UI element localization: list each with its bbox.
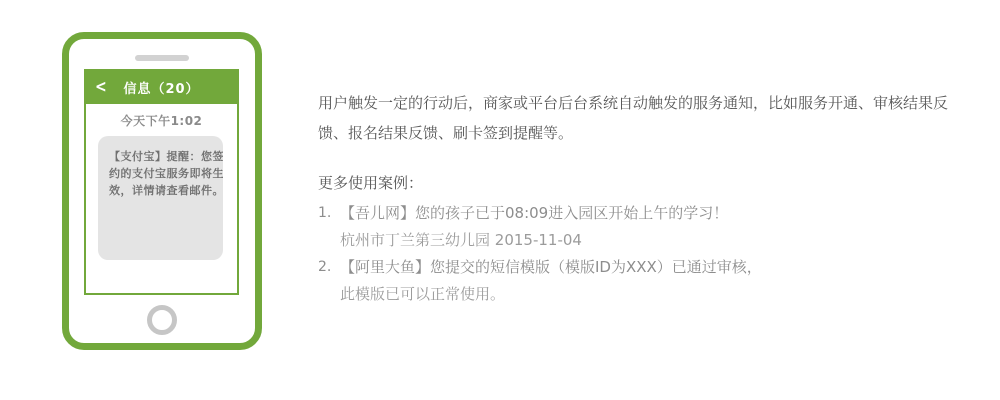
message-line: 效，详情请查看邮件。 (109, 182, 212, 199)
use-cases-heading: 更多使用案例： (318, 168, 978, 198)
intro-paragraph-line: 馈、报名结果反馈、刷卡签到提醒等。 (318, 118, 978, 148)
use-case-subline: 此模版已可以正常使用。 (340, 281, 762, 308)
message-line: 【支付宝】提醒：您签 (109, 148, 212, 165)
use-case-line: 【阿里大鱼】您提交的短信模版（模版ID为XXX）已通过审核， (340, 254, 762, 281)
use-case-subline: 杭州市丁兰第三幼儿园 2015-11-04 (340, 227, 728, 254)
message-line: 约的支付宝服务即将生 (109, 165, 212, 182)
home-button[interactable] (147, 305, 177, 335)
message-app-header: < 信息（20） (85, 70, 238, 104)
message-bubble: 【支付宝】提醒：您签 约的支付宝服务即将生 效，详情请查看邮件。 (98, 136, 223, 260)
use-case-list: 1. 【吾儿网】您的孩子已于08:09进入园区开始上午的学习！ 杭州市丁兰第三幼… (318, 200, 978, 308)
message-timestamp: 今天下午1:02 (86, 112, 237, 129)
intro-paragraph-line: 用户触发一定的行动后，商家或平台后台系统自动触发的服务通知，比如服务开通、审核结… (318, 88, 978, 118)
phone-screen: < 信息（20） 今天下午1:02 【支付宝】提醒：您签 约的支付宝服务即将生 … (84, 69, 239, 295)
use-case-number: 1. (318, 200, 340, 254)
back-icon[interactable]: < (95, 79, 107, 96)
use-case-line: 【吾儿网】您的孩子已于08:09进入园区开始上午的学习！ (340, 200, 728, 227)
header-title: 信息（20） (123, 78, 199, 97)
phone-frame: < 信息（20） 今天下午1:02 【支付宝】提醒：您签 约的支付宝服务即将生 … (62, 32, 262, 350)
use-case-text: 【吾儿网】您的孩子已于08:09进入园区开始上午的学习！ 杭州市丁兰第三幼儿园 … (340, 200, 728, 254)
use-case-number: 2. (318, 254, 340, 308)
description-section: 用户触发一定的行动后，商家或平台后台系统自动触发的服务通知，比如服务开通、审核结… (318, 88, 978, 308)
use-case-item: 2. 【阿里大鱼】您提交的短信模版（模版ID为XXX）已通过审核， 此模版已可以… (318, 254, 978, 308)
use-case-text: 【阿里大鱼】您提交的短信模版（模版ID为XXX）已通过审核， 此模版已可以正常使… (340, 254, 762, 308)
speaker-bar (135, 55, 189, 61)
use-case-item: 1. 【吾儿网】您的孩子已于08:09进入园区开始上午的学习！ 杭州市丁兰第三幼… (318, 200, 978, 254)
